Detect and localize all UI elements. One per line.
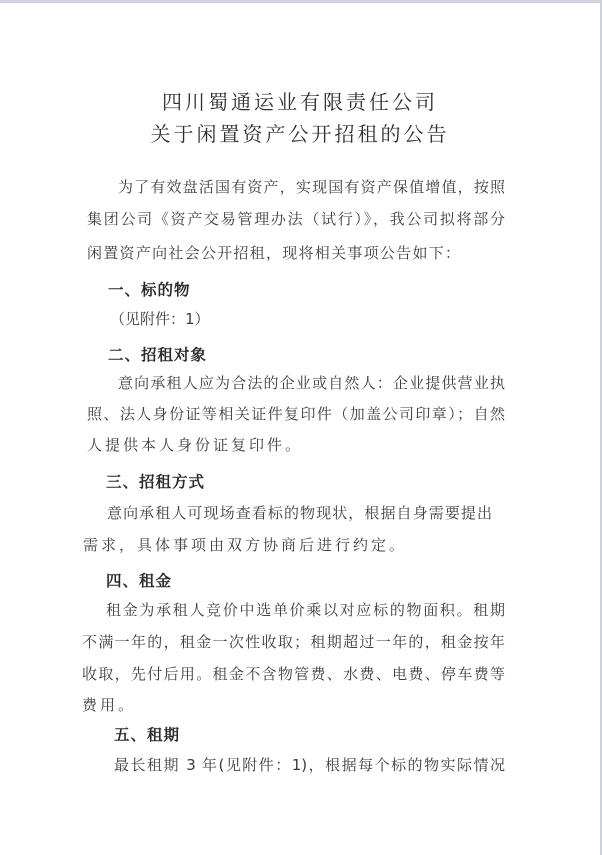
section-line: 人提供本人身份证复印件。 — [87, 436, 507, 454]
section-line: 最长租期 3 年(见附件：1)，根据每个标的物实际情况 — [114, 756, 505, 774]
section-line: 收取，先付后用。租金不含物管费、水费、电费、停车费等 — [82, 665, 505, 683]
section-line: 意向承租人应为合法的企业或自然人：企业提供营业执 — [118, 374, 505, 392]
section-line: 意向承租人可现场查看标的物现状，根据自身需要提出 — [107, 504, 492, 522]
section-line: 需求，具体事项由双方协商后进行约定。 — [83, 536, 503, 554]
section-heading-subject-matter: 一、标的物 — [108, 278, 191, 300]
section-line: （见附件：1） — [110, 310, 530, 328]
section-heading-rent: 四、租金 — [106, 569, 172, 591]
intro-line: 为了有效盘活国有资产，实现国有资产保值增值，按照 — [118, 178, 505, 196]
section-line: 费用。 — [82, 696, 502, 714]
document-title-company: 四川蜀通运业有限责任公司 — [0, 86, 600, 115]
section-line: 租金为承租人竞价中选单价乘以对应标的物面积。租期 — [106, 601, 505, 619]
section-heading-tenants: 二、招租对象 — [108, 343, 207, 365]
section-line: 照、法人身份证等相关证件复印件（加盖公司印章）；自然 — [87, 405, 505, 423]
document-title-subject: 关于闲置资产公开招租的公告 — [0, 118, 600, 147]
intro-line: 闲置资产向社会公开招租，现将相关事项公告如下： — [87, 244, 460, 262]
section-heading-term: 五、租期 — [114, 723, 180, 745]
document-page: 四川蜀通运业有限责任公司 关于闲置资产公开招租的公告 为了有效盘活国有资产，实现… — [0, 0, 600, 855]
section-heading-method: 三、招租方式 — [106, 470, 205, 492]
intro-line: 集团公司《资产交易管理办法（试行）》，我公司拟将部分 — [87, 210, 505, 228]
section-line: 不满一年的，租金一次性收取；租期超过一年的，租金按年 — [82, 633, 505, 651]
